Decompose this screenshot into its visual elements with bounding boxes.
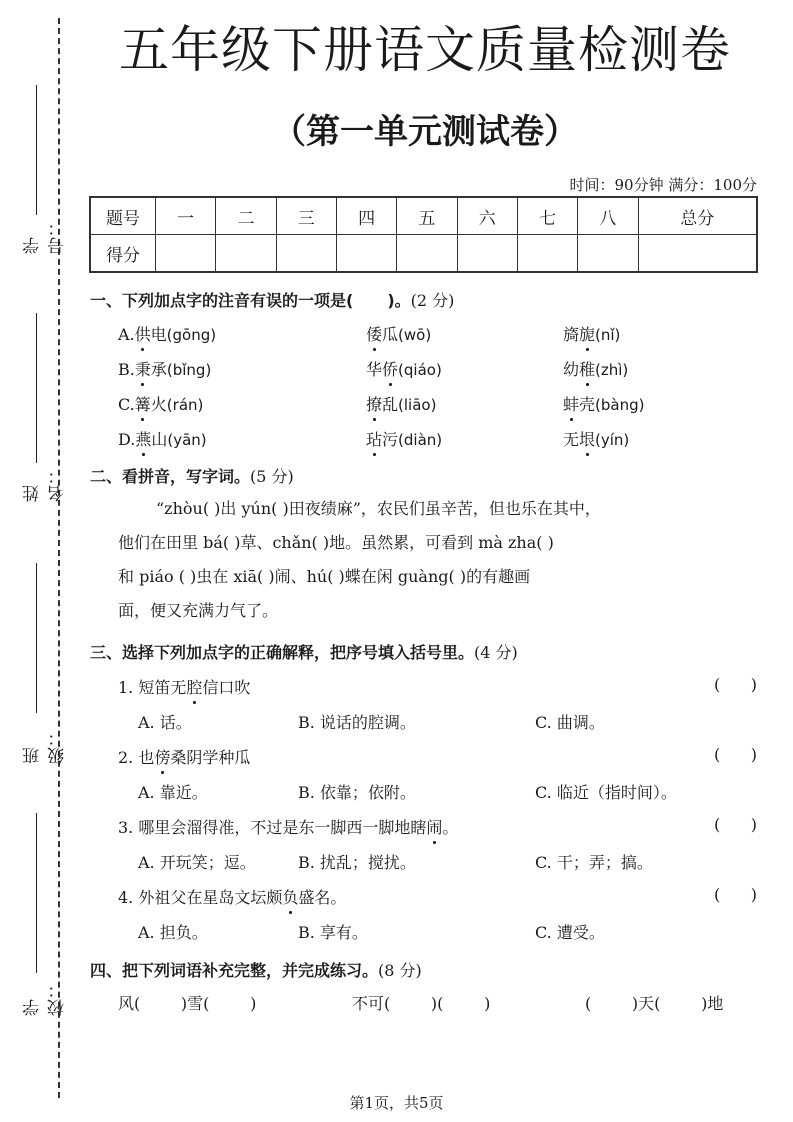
dotted-char: 侨: [382, 357, 398, 380]
pinyin: (nǐ): [595, 326, 620, 344]
choice-a: A. 开玩笑；逗。: [138, 850, 256, 873]
question-3-2-text: 2. 也傍桑阴学种瓜: [118, 745, 250, 768]
score-cell-6[interactable]: [457, 235, 517, 273]
section-3-title: 三、选择下列加点字的正确解释，把序号填入括号里。: [90, 643, 474, 662]
section-3-points: (4 分): [474, 643, 518, 662]
pinyin: (yín): [595, 431, 629, 449]
question-number-row: 题号 一 二 三 四 五 六 七 八 总分: [90, 197, 757, 235]
pinyin: (diàn): [398, 431, 442, 449]
question-text-pre: 1. 短笛无: [118, 678, 186, 697]
pinyin: (liāo): [398, 396, 436, 414]
question-text-pre: 3. 哪里会溜得准，不过是东一脚西一脚地瞎: [118, 818, 426, 837]
col-header-1: 一: [156, 197, 216, 235]
passage-line-2[interactable]: 他们在田里 bá( )草、chǎn( )地。虽然累，可看到 mà zha( ): [118, 526, 758, 560]
score-row: 得分: [90, 235, 757, 273]
option-letter: D.: [118, 430, 135, 449]
choice-a: A. 担负。: [138, 920, 208, 943]
score-cell-1[interactable]: [156, 235, 216, 273]
score-table: 题号 一 二 三 四 五 六 七 八 总分 得分: [89, 196, 758, 273]
pinyin: (rán): [167, 396, 204, 414]
pinyin: (wō): [398, 326, 431, 344]
section-4-title: 四、把下列词语补充完整，并完成练习。: [90, 961, 378, 980]
word-rest: 火: [151, 395, 167, 414]
option-a-item-1: A.供电(gōng): [118, 322, 216, 345]
col-header-8: 八: [578, 197, 638, 235]
passage-line-4: 面，便又充满力气了。: [118, 594, 758, 628]
class-underline[interactable]: [36, 563, 37, 713]
dotted-char: 闹: [426, 815, 442, 838]
row-label-question-number: 题号: [90, 197, 156, 235]
idiom-blank-2[interactable]: 不可( )( ): [352, 991, 490, 1014]
choice-a: A. 靠近。: [138, 780, 208, 803]
word-pre: 幼: [563, 360, 579, 379]
col-header-5: 五: [397, 197, 457, 235]
passage-line-3[interactable]: 和 piáo ( )虫在 xiā( )闹、hú( )蝶在闲 guàng( )的有…: [118, 560, 758, 594]
student-id-label: 学号：: [20, 218, 70, 254]
score-cell-total[interactable]: [638, 235, 757, 273]
idiom-blank-1[interactable]: 风( )雪( ): [118, 991, 256, 1014]
question-3-1-answer-box[interactable]: ( ): [714, 675, 757, 694]
dotted-char: 秉: [135, 357, 151, 380]
option-b-item-1: B.秉承(bǐng): [118, 357, 211, 380]
page-number: 第1页，共5页: [0, 1092, 793, 1113]
choice-b: B. 说话的腔调。: [298, 710, 416, 733]
section-1-heading: 一、下列加点字的注音有误的一项是()。(2 分): [90, 288, 454, 311]
word-pre: 华: [366, 360, 382, 379]
name-underline[interactable]: [36, 313, 37, 463]
word-pre: 无: [563, 430, 579, 449]
dotted-char: 负: [282, 885, 298, 908]
dotted-char: 蚌: [563, 392, 579, 415]
question-text-pre: 4. 外祖父在星岛文坛颇: [118, 888, 282, 907]
score-cell-7[interactable]: [517, 235, 577, 273]
word-rest: 壳: [579, 395, 595, 414]
class-label: 班级：: [20, 728, 70, 764]
dotted-char: 燕: [135, 427, 151, 450]
option-c-item-3: 蚌壳(bàng): [563, 392, 644, 415]
col-header-3: 三: [276, 197, 336, 235]
name-label: 姓名：: [20, 466, 70, 502]
word-rest: 污: [382, 430, 398, 449]
choice-b: B. 享有。: [298, 920, 368, 943]
question-text-post: 信口吹: [202, 678, 250, 697]
question-text-post: 桑阴学种瓜: [170, 748, 250, 767]
option-letter: C.: [118, 395, 135, 414]
section-1-points: (2 分): [411, 291, 455, 310]
col-header-6: 六: [457, 197, 517, 235]
row-label-score: 得分: [90, 235, 156, 273]
option-a-item-3: 旖旎(nǐ): [563, 322, 620, 345]
option-d-item-3: 无垠(yín): [563, 427, 629, 450]
dotted-char: 篝: [135, 392, 151, 415]
choice-c: C. 曲调。: [535, 710, 605, 733]
question-3-2-answer-box[interactable]: ( ): [714, 745, 757, 764]
pinyin: (yān): [167, 431, 206, 449]
option-c-item-1: C.篝火(rán): [118, 392, 203, 415]
option-letter: B.: [118, 360, 135, 379]
question-3-3-answer-box[interactable]: ( ): [714, 815, 757, 834]
question-3-1-text: 1. 短笛无腔信口吹: [118, 675, 250, 698]
option-letter: A.: [118, 325, 135, 344]
pinyin: (qiáo): [398, 361, 442, 379]
dotted-char: 稚: [579, 357, 595, 380]
option-b-item-2: 华侨(qiáo): [366, 357, 442, 380]
choice-b: B. 依靠；依附。: [298, 780, 416, 803]
question-text-post: 。: [442, 818, 458, 837]
dotted-char: 旎: [579, 322, 595, 345]
school-label: 学校：: [20, 980, 70, 1016]
score-cell-3[interactable]: [276, 235, 336, 273]
question-text-pre: 2. 也: [118, 748, 154, 767]
choice-c: C. 遭受。: [535, 920, 605, 943]
word-rest: 电: [151, 325, 167, 344]
section-4-heading: 四、把下列词语补充完整，并完成练习。(8 分): [90, 958, 422, 981]
student-id-underline[interactable]: [36, 85, 37, 215]
word-rest: 乱: [382, 395, 398, 414]
section-4-points: (8 分): [378, 961, 422, 980]
section-2-points: (5 分): [250, 467, 294, 486]
section-3-heading: 三、选择下列加点字的正确解释，把序号填入括号里。(4 分): [90, 640, 518, 663]
section-2-heading: 二、看拼音，写字词。(5 分): [90, 464, 294, 487]
section-1-title: 一、下列加点字的注音有误的一项是(: [90, 291, 353, 310]
col-header-2: 二: [216, 197, 276, 235]
word-rest: 山: [151, 430, 167, 449]
idiom-blank-3[interactable]: ( )天( )地: [585, 991, 723, 1014]
question-3-4-answer-box[interactable]: ( ): [714, 885, 757, 904]
pinyin: (bàng): [595, 396, 644, 414]
option-b-item-3: 幼稚(zhì): [563, 357, 628, 380]
option-c-item-2: 撩乱(liāo): [366, 392, 436, 415]
dotted-char: 玷: [366, 427, 382, 450]
pinyin: (zhì): [595, 361, 628, 379]
pinyin: (bǐng): [167, 361, 211, 379]
choice-a: A. 话。: [138, 710, 192, 733]
school-underline[interactable]: [36, 813, 37, 973]
choice-c: C. 干；弄；搞。: [535, 850, 653, 873]
col-header-7: 七: [517, 197, 577, 235]
col-header-total: 总分: [638, 197, 757, 235]
score-cell-5[interactable]: [397, 235, 457, 273]
section-2-title: 二、看拼音，写字词。: [90, 467, 250, 486]
dotted-char: 供: [135, 322, 151, 345]
section-2-passage: “zhòu( )出 yún( )田夜绩麻”，农民们虽辛苦，但也乐在其中， 他们在…: [118, 492, 758, 628]
exam-title: 五年级下册语文质量检测卷: [90, 10, 760, 82]
binding-cut-line: [58, 18, 60, 1098]
word-rest: 承: [151, 360, 167, 379]
col-header-4: 四: [336, 197, 396, 235]
passage-line-1[interactable]: “zhòu( )出 yún( )田夜绩麻”，农民们虽辛苦，但也乐在其中，: [118, 492, 758, 526]
dotted-char: 倭: [366, 322, 382, 345]
question-text-post: 盛名。: [298, 888, 346, 907]
exam-time-and-score: 时间：90分钟 满分：100分: [570, 174, 758, 195]
dotted-char: 傍: [154, 745, 170, 768]
score-cell-4[interactable]: [336, 235, 396, 273]
dotted-char: 垠: [579, 427, 595, 450]
option-d-item-2: 玷污(diàn): [366, 427, 442, 450]
question-3-3-text: 3. 哪里会溜得准，不过是东一脚西一脚地瞎闹。: [118, 815, 458, 838]
choice-c: C. 临近（指时间）。: [535, 780, 677, 803]
option-d-item-1: D.燕山(yān): [118, 427, 207, 450]
choice-b: B. 扰乱；搅扰。: [298, 850, 416, 873]
word-pre: 旖: [563, 325, 579, 344]
exam-subtitle: （第一单元测试卷）: [90, 104, 760, 153]
score-cell-8[interactable]: [578, 235, 638, 273]
option-a-item-2: 倭瓜(wō): [366, 322, 431, 345]
score-cell-2[interactable]: [216, 235, 276, 273]
pinyin: (gōng): [167, 326, 216, 344]
section-1-title-tail: )。: [387, 291, 410, 310]
question-3-4-text: 4. 外祖父在星岛文坛颇负盛名。: [118, 885, 346, 908]
dotted-char: 腔: [186, 675, 202, 698]
word-rest: 瓜: [382, 325, 398, 344]
dotted-char: 撩: [366, 392, 382, 415]
